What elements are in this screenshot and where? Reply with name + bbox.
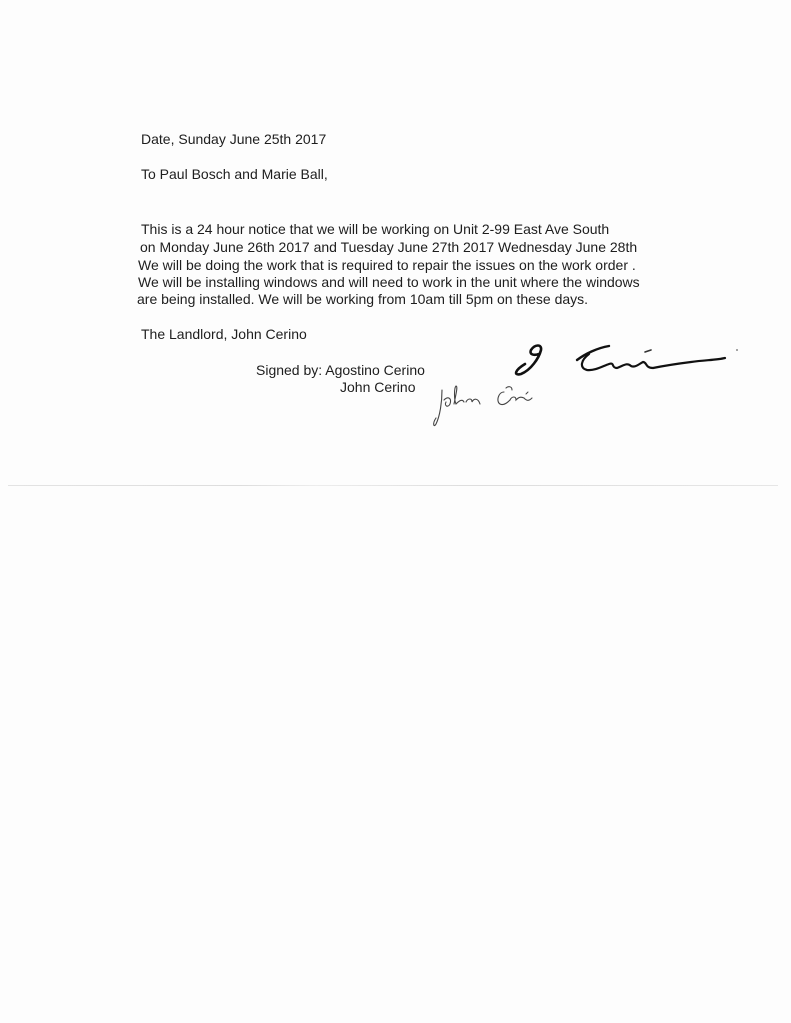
signature-john-cerino bbox=[428, 380, 548, 430]
letter-date: Date, Sunday June 25th 2017 bbox=[141, 131, 326, 148]
body-line-3: We will be doing the work that is requir… bbox=[138, 257, 636, 274]
scanned-letter-page: Date, Sunday June 25th 2017 To Paul Bosc… bbox=[0, 0, 791, 1023]
body-line-5: are being installed. We will be working … bbox=[137, 291, 588, 308]
signer-2-name: John Cerino bbox=[340, 379, 416, 396]
body-line-2: on Monday June 26th 2017 and Tuesday Jun… bbox=[140, 239, 637, 256]
signature-agostino-cerino bbox=[505, 340, 745, 385]
body-line-1: This is a 24 hour notice that we will be… bbox=[141, 221, 609, 238]
scan-artifact-line bbox=[8, 485, 778, 486]
signed-by-label: Signed by: Agostino Cerino bbox=[256, 362, 425, 379]
body-line-4: We will be installing windows and will n… bbox=[138, 274, 640, 291]
letter-salutation: To Paul Bosch and Marie Ball, bbox=[141, 166, 328, 183]
letter-closing: The Landlord, John Cerino bbox=[141, 326, 307, 343]
